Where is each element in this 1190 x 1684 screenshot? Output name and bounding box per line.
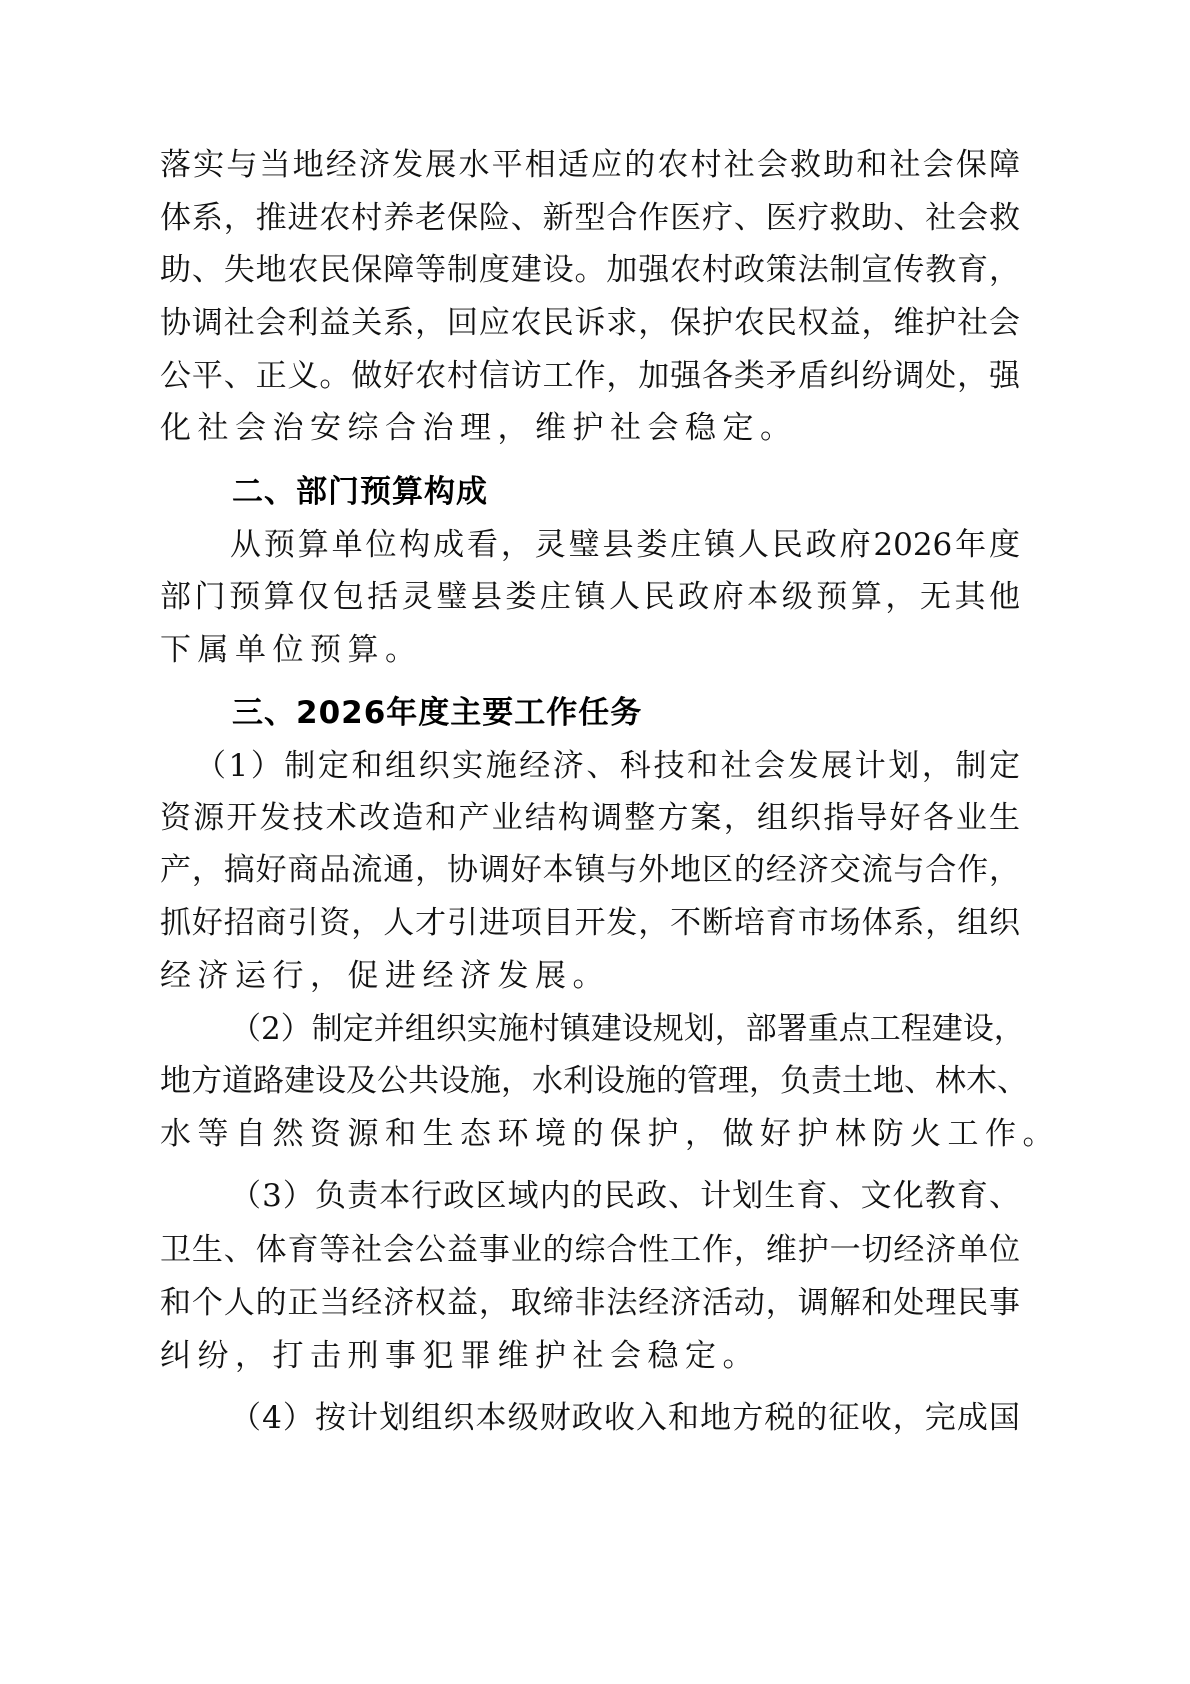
paragraph-line: 卫生、体育等社会公益事业的综合性工作，维护一切经济单位 — [160, 1230, 1020, 1270]
paragraph-line: 水等自然资源和生态环境的保护，做好护林防火工作。 — [160, 1114, 1020, 1154]
paragraph-line: 公平、正义。做好农村信访工作，加强各类矛盾纠纷调处，强 — [160, 356, 1020, 396]
paragraph-line: 助、失地农民保障等制度建设。加强农村政策法制宣传教育， — [160, 250, 1020, 290]
paragraph-line: 产，搞好商品流通，协调好本镇与外地区的经济交流与合作， — [160, 850, 1020, 890]
paragraph-line: 体系，推进农村养老保险、新型合作医疗、医疗救助、社会救 — [160, 198, 1020, 238]
paragraph-line: 落实与当地经济发展水平相适应的农村社会救助和社会保障 — [160, 145, 1020, 185]
paragraph-line: 经济运行，促进经济发展。 — [160, 956, 1020, 996]
paragraph-line: 从预算单位构成看，灵璧县娄庄镇人民政府2026年度 — [230, 525, 1020, 565]
document-page: 落实与当地经济发展水平相适应的农村社会救助和社会保障 体系，推进农村养老保险、新… — [0, 0, 1190, 1684]
paragraph-line: 和个人的正当经济权益，取缔非法经济活动，调解和处理民事 — [160, 1283, 1020, 1323]
paragraph-line: （1）制定和组织实施经济、科技和社会发展计划，制定 — [195, 746, 1020, 786]
paragraph-line: 资源开发技术改造和产业结构调整方案，组织指导好各业生 — [160, 798, 1020, 838]
paragraph-line: （3）负责本行政区域内的民政、计划生育、文化教育、 — [230, 1176, 1020, 1216]
paragraph-line: 抓好招商引资，人才引进项目开发，不断培育市场体系，组织 — [160, 903, 1020, 943]
paragraph-line: 下属单位预算。 — [160, 630, 1020, 670]
paragraph-line: 协调社会利益关系，回应农民诉求，保护农民权益，维护社会 — [160, 303, 1020, 343]
paragraph-line: 化社会治安综合治理，维护社会稳定。 — [160, 408, 1020, 448]
paragraph-line: 地方道路建设及公共设施，水利设施的管理，负责土地、林木、 — [160, 1061, 1020, 1101]
paragraph-line: 纠纷，打击刑事犯罪维护社会稳定。 — [160, 1336, 1020, 1376]
paragraph-line: （2）制定并组织实施村镇建设规划，部署重点工程建设， — [230, 1009, 1020, 1049]
paragraph-line: （4）按计划组织本级财政收入和地方税的征收，完成国 — [230, 1398, 1020, 1438]
section-heading: 三、2026年度主要工作任务 — [232, 693, 1092, 733]
section-heading: 二、部门预算构成 — [232, 472, 1092, 512]
paragraph-line: 部门预算仅包括灵璧县娄庄镇人民政府本级预算，无其他 — [160, 577, 1020, 617]
